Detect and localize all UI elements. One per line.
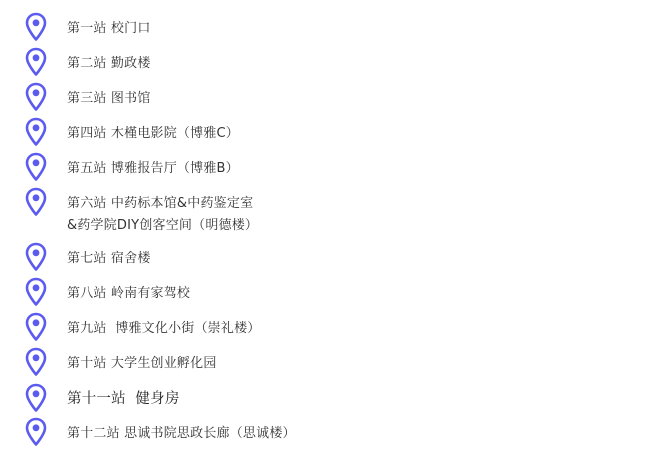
stop-item-8: 第八站 岭南有家驾校 [0, 277, 651, 311]
stop-label: 第四站 木槿电影院（博雅C） [67, 124, 239, 144]
map-pin-icon [25, 417, 47, 447]
map-pin-icon [25, 152, 47, 182]
stop-label: 第十二站 思诚书院思政长廊（思诚楼） [67, 424, 296, 444]
stop-item-4: 第四站 木槿电影院（博雅C） [0, 117, 651, 151]
stop-label: 第二站 勤政楼 [67, 54, 151, 74]
stop-item-2: 第二站 勤政楼 [0, 47, 651, 81]
map-pin-icon [25, 277, 47, 307]
stop-item-1: 第一站 校门口 [0, 12, 651, 46]
map-pin-icon [25, 312, 47, 342]
map-pin-icon [25, 117, 47, 147]
stop-label: 第六站 中药标本馆&中药鉴定室 &药学院DIY创客空间（明德楼） [67, 194, 258, 236]
stop-item-5: 第五站 博雅报告厅（博雅B） [0, 152, 651, 186]
map-pin-icon [25, 187, 47, 217]
stop-item-9: 第九站 博雅文化小街（崇礼楼） [0, 312, 651, 346]
stop-label: 第五站 博雅报告厅（博雅B） [67, 159, 239, 179]
stop-item-11: 第十一站 健身房 [0, 383, 651, 417]
map-pin-icon [25, 47, 47, 77]
map-pin-icon [25, 82, 47, 112]
stop-label: 第八站 岭南有家驾校 [67, 284, 190, 304]
stop-label-line1: 第六站 中药标本馆&中药鉴定室 [67, 196, 253, 211]
map-pin-icon [25, 347, 47, 377]
stop-label: 第十一站 健身房 [67, 389, 180, 409]
stop-item-6: 第六站 中药标本馆&中药鉴定室 &药学院DIY创客空间（明德楼） [0, 187, 651, 237]
stop-label-line2: &药学院DIY创客空间（明德楼） [67, 216, 258, 236]
stop-label: 第十站 大学生创业孵化园 [67, 354, 217, 374]
map-pin-icon [25, 12, 47, 42]
map-pin-icon [25, 242, 47, 272]
stop-item-10: 第十站 大学生创业孵化园 [0, 347, 651, 381]
stop-item-7: 第七站 宿舍楼 [0, 242, 651, 276]
map-pin-icon [25, 383, 47, 413]
stop-label: 第三站 图书馆 [67, 89, 151, 109]
stop-item-3: 第三站 图书馆 [0, 82, 651, 116]
stop-label: 第七站 宿舍楼 [67, 249, 151, 269]
stop-item-12: 第十二站 思诚书院思政长廊（思诚楼） [0, 417, 651, 451]
stop-label: 第九站 博雅文化小街（崇礼楼） [67, 319, 260, 339]
stop-label: 第一站 校门口 [67, 19, 151, 39]
